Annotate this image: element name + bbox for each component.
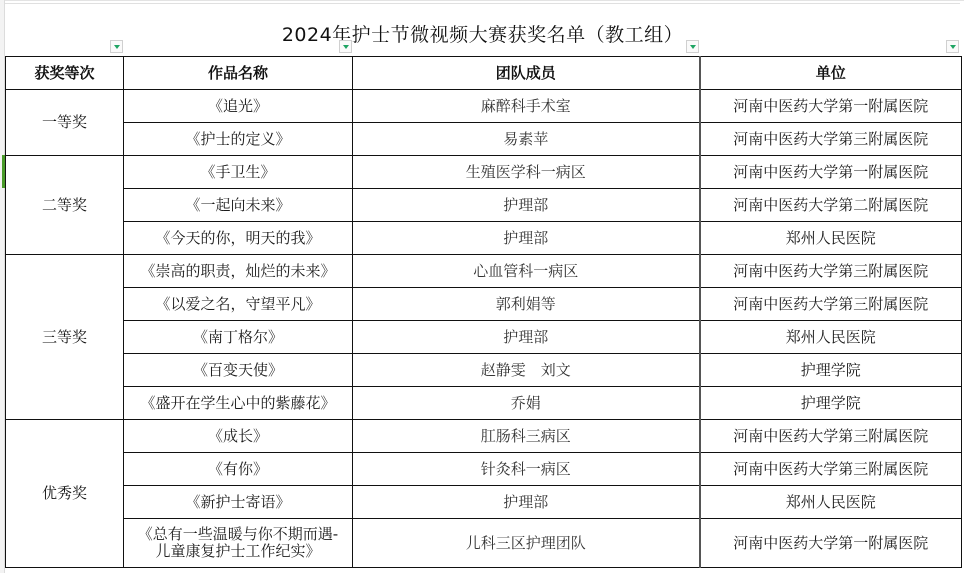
team-cell[interactable]: 护理部 bbox=[353, 486, 700, 519]
team-cell[interactable]: 护理部 bbox=[353, 189, 700, 222]
table-row: 《一起向未来》 护理部 河南中医药大学第二附属医院 bbox=[6, 189, 962, 222]
work-title-cell[interactable]: 《新护士寄语》 bbox=[124, 486, 353, 519]
team-cell[interactable]: 生殖医学科一病区 bbox=[353, 156, 700, 189]
team-cell[interactable]: 郭利娟等 bbox=[353, 288, 700, 321]
unit-cell[interactable]: 河南中医药大学第二附属医院 bbox=[700, 189, 962, 222]
work-title-line-2: 儿童康复护士工作纪实》 bbox=[124, 543, 352, 560]
unit-cell[interactable]: 河南中医药大学第三附属医院 bbox=[700, 123, 962, 156]
table-row: 《有你》 针灸科一病区 河南中医药大学第三附属医院 bbox=[6, 453, 962, 486]
work-title-cell[interactable]: 《盛开在学生心中的紫藤花》 bbox=[124, 387, 353, 420]
team-cell[interactable]: 麻醉科手术室 bbox=[353, 90, 700, 123]
table-row: 《盛开在学生心中的紫藤花》 乔娟 护理学院 bbox=[6, 387, 962, 420]
team-cell[interactable]: 心血管科一病区 bbox=[353, 255, 700, 288]
filter-dropdown-icon-team[interactable] bbox=[686, 40, 699, 53]
filter-dropdown-icon-award[interactable] bbox=[110, 40, 123, 53]
filter-dropdown-icon-unit[interactable] bbox=[946, 40, 959, 53]
table-row: 二等奖 《手卫生》 生殖医学科一病区 河南中医药大学第一附属医院 bbox=[6, 156, 962, 189]
team-cell[interactable]: 乔娟 bbox=[353, 387, 700, 420]
unit-cell[interactable]: 河南中医药大学第三附属医院 bbox=[700, 288, 962, 321]
award-level-cell[interactable]: 优秀奖 bbox=[6, 420, 124, 568]
unit-cell[interactable]: 郑州人民医院 bbox=[700, 486, 962, 519]
unit-cell[interactable]: 郑州人民医院 bbox=[700, 321, 962, 354]
table-row: 三等奖 《崇高的职责，灿烂的未来》 心血管科一病区 河南中医药大学第三附属医院 bbox=[6, 255, 962, 288]
work-title-cell[interactable]: 《以爱之名，守望平凡》 bbox=[124, 288, 353, 321]
unit-cell[interactable]: 护理学院 bbox=[700, 387, 962, 420]
table-row: 《南丁格尔》 护理部 郑州人民医院 bbox=[6, 321, 962, 354]
work-title-cell[interactable]: 《追光》 bbox=[124, 90, 353, 123]
header-work-title[interactable]: 作品名称 bbox=[124, 57, 353, 90]
unit-cell[interactable]: 护理学院 bbox=[700, 354, 962, 387]
filter-dropdown-icon-work[interactable] bbox=[339, 40, 352, 53]
team-cell[interactable]: 针灸科一病区 bbox=[353, 453, 700, 486]
header-row: 获奖等次 作品名称 团队成员 单位 bbox=[6, 57, 962, 90]
work-title-cell[interactable]: 《今天的你，明天的我》 bbox=[124, 222, 353, 255]
work-title-cell[interactable]: 《成长》 bbox=[124, 420, 353, 453]
awards-table: 获奖等次 作品名称 团队成员 单位 一等奖 《追光》 麻醉科手术室 河南中医药大… bbox=[5, 56, 962, 568]
team-cell[interactable]: 护理部 bbox=[353, 222, 700, 255]
table-row: 《百变天使》 赵静雯 刘文 护理学院 bbox=[6, 354, 962, 387]
work-title-cell[interactable]: 《崇高的职责，灿烂的未来》 bbox=[124, 255, 353, 288]
award-level-cell[interactable]: 二等奖 bbox=[6, 156, 124, 255]
team-cell[interactable]: 儿科三区护理团队 bbox=[353, 519, 700, 568]
unit-cell[interactable]: 河南中医药大学第一附属医院 bbox=[700, 519, 962, 568]
table-row: 《今天的你，明天的我》 护理部 郑州人民医院 bbox=[6, 222, 962, 255]
work-title-cell[interactable]: 《一起向未来》 bbox=[124, 189, 353, 222]
table-row: 《新护士寄语》 护理部 郑州人民医院 bbox=[6, 486, 962, 519]
work-title-line-1: 《总有一些温暖与你不期而遇- bbox=[124, 526, 352, 543]
table-row: 一等奖 《追光》 麻醉科手术室 河南中医药大学第一附属医院 bbox=[6, 90, 962, 123]
unit-cell[interactable]: 郑州人民医院 bbox=[700, 222, 962, 255]
header-award-level[interactable]: 获奖等次 bbox=[6, 57, 124, 90]
work-title-cell[interactable]: 《百变天使》 bbox=[124, 354, 353, 387]
work-title-cell[interactable]: 《南丁格尔》 bbox=[124, 321, 353, 354]
header-team-members[interactable]: 团队成员 bbox=[353, 57, 700, 90]
header-unit[interactable]: 单位 bbox=[700, 57, 962, 90]
award-level-cell[interactable]: 一等奖 bbox=[6, 90, 124, 156]
work-title-cell[interactable]: 《有你》 bbox=[124, 453, 353, 486]
team-cell[interactable]: 护理部 bbox=[353, 321, 700, 354]
table-row: 《以爱之名，守望平凡》 郭利娟等 河南中医药大学第三附属医院 bbox=[6, 288, 962, 321]
unit-cell[interactable]: 河南中医药大学第一附属医院 bbox=[700, 90, 962, 123]
unit-cell[interactable]: 河南中医药大学第三附属医院 bbox=[700, 255, 962, 288]
team-cell[interactable]: 赵静雯 刘文 bbox=[353, 354, 700, 387]
award-level-cell[interactable]: 三等奖 bbox=[6, 255, 124, 420]
team-cell[interactable]: 肛肠科三病区 bbox=[353, 420, 700, 453]
work-title-cell[interactable]: 《手卫生》 bbox=[124, 156, 353, 189]
table-row: 优秀奖 《成长》 肛肠科三病区 河南中医药大学第三附属医院 bbox=[6, 420, 962, 453]
work-title-cell[interactable]: 《总有一些温暖与你不期而遇- 儿童康复护士工作纪实》 bbox=[124, 519, 353, 568]
sheet-title: 2024年护士节微视频大赛获奖名单（教工组） bbox=[5, 20, 960, 47]
unit-cell[interactable]: 河南中医药大学第三附属医院 bbox=[700, 453, 962, 486]
table-row: 《总有一些温暖与你不期而遇- 儿童康复护士工作纪实》 儿科三区护理团队 河南中医… bbox=[6, 519, 962, 568]
team-cell[interactable]: 易素苹 bbox=[353, 123, 700, 156]
work-title-cell[interactable]: 《护士的定义》 bbox=[124, 123, 353, 156]
unit-cell[interactable]: 河南中医药大学第一附属医院 bbox=[700, 156, 962, 189]
table-row: 《护士的定义》 易素苹 河南中医药大学第三附属医院 bbox=[6, 123, 962, 156]
unit-cell[interactable]: 河南中医药大学第三附属医院 bbox=[700, 420, 962, 453]
title-cell[interactable]: 2024年护士节微视频大赛获奖名单（教工组） bbox=[5, 3, 960, 57]
